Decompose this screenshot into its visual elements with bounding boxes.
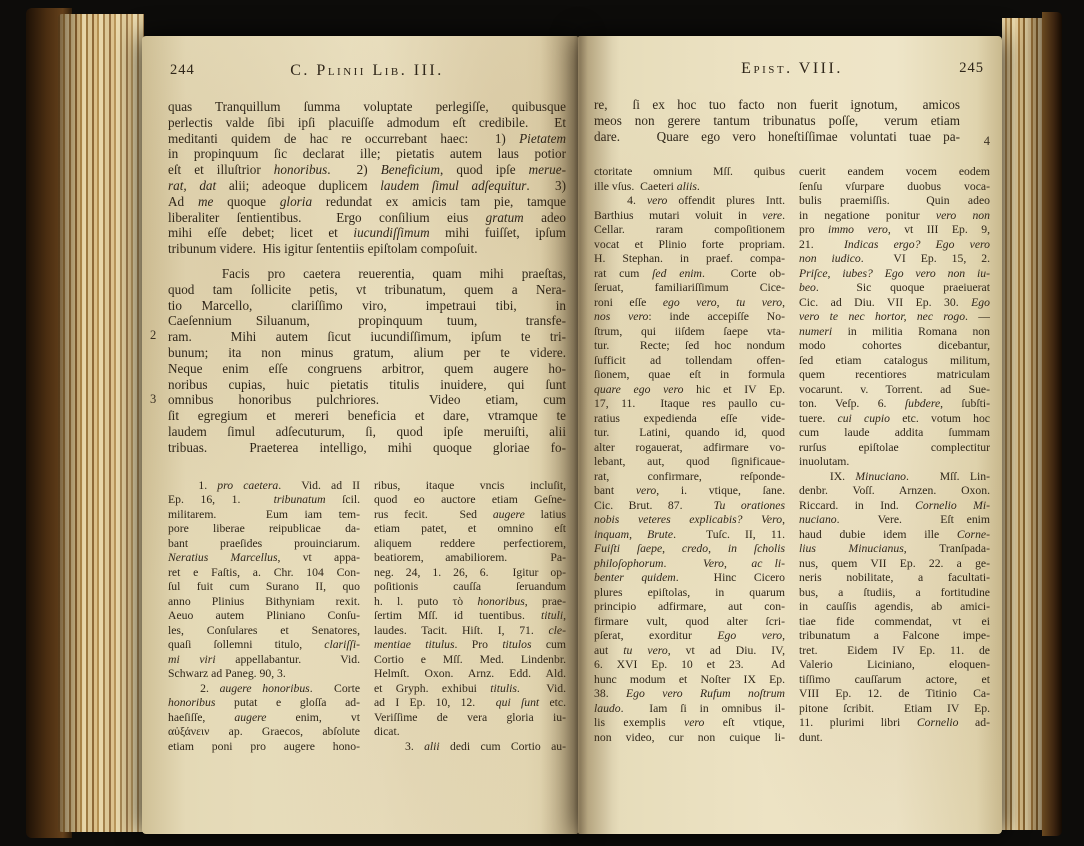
- text-line: vocat et Plinio forte propriam.: [594, 238, 785, 253]
- text-line: Veriſſime de vera gloria iu-: [374, 711, 566, 726]
- text-line: perlectis valde ſibi ipſi placuiſſe admo…: [168, 115, 566, 131]
- paragraph: re, ſi ex hoc tuo facto non fuerit ignot…: [594, 97, 960, 144]
- text-line: dicat.: [374, 725, 566, 740]
- text-line: ret e Faſtis, a. Chr. 104 Con-: [168, 566, 360, 581]
- text-line: tur. Recte; ſed hoc nondum: [594, 339, 785, 354]
- text-line: mihi eſſe debet; licet et iucundiſſimum …: [168, 225, 566, 241]
- text-line: quaſi ſollemni titulo, clariſſi-: [168, 638, 360, 653]
- text-line: quas Tranquillum ſumma voluptate perlegi…: [168, 99, 566, 115]
- text-line: rat cum ſed enim. Corte ob-: [594, 267, 785, 282]
- text-line: ctoritate omnium Mſſ. quibus: [594, 165, 785, 180]
- text-line: rat, dat alii; adeoque duplicem laudem ſ…: [168, 178, 566, 194]
- text-line: re, ſi ex hoc tuo facto non fuerit ignot…: [594, 97, 960, 113]
- text-line: IX. Minuciano. Mſſ. Lin-: [799, 470, 990, 485]
- text-line: Neratius Marcellus, vt appa-: [168, 551, 360, 566]
- text-line: bant vero, i. vtique, ſane.: [594, 484, 785, 499]
- text-line: lius Minucianus, Tranſpada-: [799, 542, 990, 557]
- text-line: ſul fuit cum Surano II, quo: [168, 580, 360, 595]
- paragraph: quas Tranquillum ſumma voluptate perlegi…: [168, 99, 566, 257]
- text-line: in propinquum ſic declarat ille; pietati…: [168, 146, 566, 162]
- text-line: Cortio e Mſſ. Med. Lindenbr.: [374, 653, 566, 668]
- text-line: neris nobilitate, a facultati-: [799, 571, 990, 586]
- footnote-column-2: ribus, itaque vncis incluſit,quod eo auc…: [374, 479, 566, 755]
- section-number-2: 2: [150, 328, 156, 343]
- text-line: αὐξάνειν ap. Graecos, abſolute: [168, 725, 360, 740]
- text-line: aliquem reddere perfectiorem,: [374, 537, 566, 552]
- text-line: tribunatum a Falcone impe-: [799, 629, 990, 644]
- paragraph: 4. vero offendit plures Intt.Barthius mu…: [594, 194, 785, 745]
- text-line: Helmſt. Oxon. Arnz. Edd. Ald.: [374, 667, 566, 682]
- text-line: 2. augere honoribus. Corte: [168, 682, 360, 697]
- text-line: tuere. cui cupio etc. votum hoc: [799, 412, 990, 427]
- text-line: Riccard. in Ind. Cornelio Mi-: [799, 499, 990, 514]
- text-line: les, Conſulares et Senatores,: [168, 624, 360, 639]
- text-line: rat, confirmare, reſponde-: [594, 470, 785, 485]
- paragraph: ribus, itaque vncis incluſit,quod eo auc…: [374, 479, 566, 740]
- text-line: ram. Mihi autem ſicut iucundiſſimum, ipſ…: [168, 329, 566, 345]
- text-line: Ep. 16, 1. tribunatum ſcil.: [168, 493, 360, 508]
- text-line: rurſus epiſtolae complectitur: [799, 441, 990, 456]
- text-line: ſit egregium et mereri beneficia et dare…: [168, 408, 566, 424]
- text-line: cuerit eandem vocem eodem: [799, 165, 990, 180]
- text-line: ſeruat, familiariſſimum Cice-: [594, 281, 785, 296]
- right-body-text: re, ſi ex hoc tuo facto non fuerit ignot…: [594, 97, 960, 144]
- text-line: Caeſennium Siluanum, propinquum tuum, tr…: [168, 313, 566, 329]
- text-line: in cauſſis agendis, ab amici-: [799, 600, 990, 615]
- text-line: bant praeſides prouinciarum.: [168, 537, 360, 552]
- text-line: mi viri appellabantur. Vid.: [168, 653, 360, 668]
- right-page-number: 245: [959, 60, 984, 77]
- text-line: inquam, Brute. Tuſc. II, 11.: [594, 528, 785, 543]
- text-line: hunc modum et Noſter IX Ep.: [594, 673, 785, 688]
- text-line: aut tu vero, vt ad Diu. IV,: [594, 644, 785, 659]
- text-line: roni eſſe ego vero, tu vero,: [594, 296, 785, 311]
- text-line: tio Marcello, clariſſimo viro, impetraui…: [168, 298, 566, 314]
- paragraph: cuerit eandem vocem eodemſenſu vſurpare …: [799, 165, 990, 470]
- text-line: 1. pro caetera. Vid. ad II: [168, 479, 360, 494]
- text-line: tribuas. Praeterea intelligo, mihi quoqu…: [168, 440, 566, 456]
- text-line: nus, quem VII Ep. 22. a ge-: [799, 557, 990, 572]
- text-line: rus fecit. Sed augere latius: [374, 508, 566, 523]
- book-cover-right: [1042, 12, 1062, 836]
- text-line: vocarunt. v. Torrent. ad Sue-: [799, 383, 990, 398]
- text-line: quem recentiores matriculam: [799, 368, 990, 383]
- text-line: pſerat, exorditur Ego vero,: [594, 629, 785, 644]
- text-line: militarem. Eum iam tem-: [168, 508, 360, 523]
- text-line: 17, 11. Itaque res paullo cu-: [594, 397, 785, 412]
- paragraph: ctoritate omnium Mſſ. quibusille vſus. C…: [594, 165, 785, 194]
- text-line: laudes. Tacit. Hiſt. I, 71. cle-: [374, 624, 566, 639]
- text-line: ſertim Mſſ. id tuentibus. tituli,: [374, 609, 566, 624]
- page-edges-left: [58, 14, 144, 832]
- text-line: in negatione ponitur vero non: [799, 209, 990, 224]
- left-body-text: quas Tranquillum ſumma voluptate perlegi…: [168, 99, 566, 456]
- text-line: dunt.: [799, 731, 990, 746]
- left-page: 244 C. Plinii Lib. III. quas Tranquillum…: [142, 36, 578, 834]
- text-line: ſed etiam catalogus militum,: [799, 354, 990, 369]
- text-line: lebant, aut, quod ſignificaue-: [594, 455, 785, 470]
- text-line: ille vſus. Caeteri aliis.: [594, 180, 785, 195]
- text-line: poſitionis cauſſa ſeruandum: [374, 580, 566, 595]
- text-line: bunum; ita non minus gratum, alium per t…: [168, 345, 566, 361]
- text-line: meos non gerere tantum tribunatus poſſe,…: [594, 113, 960, 129]
- text-line: ſionem, quae eſt in formula: [594, 368, 785, 383]
- text-line: ſenſu vſurpare duobus voca-: [799, 180, 990, 195]
- text-line: ad I Ep. 10, 12. qui ſunt etc.: [374, 696, 566, 711]
- right-page-header: Epist. VIII. 245: [594, 60, 990, 80]
- text-line: firmare vult, quod alter ſcri-: [594, 615, 785, 630]
- text-line: Cic. ad Diu. VII Ep. 30. Ego: [799, 296, 990, 311]
- text-line: et Gryph. exhibui titulis. Vid.: [374, 682, 566, 697]
- text-line: nuciano. Vere. Eſt enim: [799, 513, 990, 528]
- text-line: H. Stephan. in praef. compa-: [594, 252, 785, 267]
- text-line: anno Plinius Bithyniam rexit.: [168, 595, 360, 610]
- text-line: non video, cur non cuique li-: [594, 731, 785, 746]
- text-line: cum laude addita ſummam: [799, 426, 990, 441]
- paragraph: 2. augere honoribus. Cortehonoribus puta…: [168, 682, 360, 755]
- text-line: pore liberae reipublicae da-: [168, 522, 360, 537]
- text-line: pro immo vero, vt III Ep. 9,: [799, 223, 990, 238]
- text-line: eſt et illuſtrior honoribus. 2) Benefici…: [168, 162, 566, 178]
- text-line: 11. plurimi libri Cornelio ad-: [799, 716, 990, 731]
- left-footnotes: 1. pro caetera. Vid. ad IIEp. 16, 1. tri…: [168, 479, 566, 755]
- text-line: laudo. Iam ſi in omnibus il-: [594, 702, 785, 717]
- text-line: Barthius mutari voluit in vere.: [594, 209, 785, 224]
- text-line: benter quidem. Hinc Cicero: [594, 571, 785, 586]
- text-line: ſtrum, qui iiſdem ſaepe vta-: [594, 325, 785, 340]
- text-line: tiae fide commendat, vt ei: [799, 615, 990, 630]
- text-line: Fuiſti ſaepe, credo, in ſcholis: [594, 542, 785, 557]
- text-line: etiam poni pro augere hono-: [168, 740, 360, 755]
- text-line: bus, a ſtudiis, a fortitudine: [799, 586, 990, 601]
- text-line: 3. alii dedi cum Cortio au-: [374, 740, 566, 755]
- text-line: neg. 24, 1. 26, 6. Igitur op-: [374, 566, 566, 581]
- paragraph: IX. Minuciano. Mſſ. Lin-denbr. Voſſ. Arn…: [799, 470, 990, 746]
- text-line: tur. Latini, quando id, quod: [594, 426, 785, 441]
- text-line: h. l. puto τὸ honoribus, prae-: [374, 595, 566, 610]
- text-line: lis exemplis vero eſt vtique,: [594, 716, 785, 731]
- text-line: alter rogauerat, adfirmare vo-: [594, 441, 785, 456]
- text-line: nos vero: inde accepiſſe No-: [594, 310, 785, 325]
- right-page: Epist. VIII. 245 re, ſi ex hoc tuo facto…: [578, 36, 1002, 834]
- paragraph: Facis pro caetera reuerentia, quam mihi …: [168, 266, 566, 456]
- text-line: tribunum videre. His igitur ſententiis e…: [168, 241, 566, 257]
- text-line: noribus cupias, huic pietatis titulis in…: [168, 377, 566, 393]
- text-line: plures epiſtolas, in quarum: [594, 586, 785, 601]
- section-number-4: 4: [984, 134, 990, 149]
- text-line: non iudico. VI Ep. 15, 2.: [799, 252, 990, 267]
- text-line: haeſiſſe, augere enim, vt: [168, 711, 360, 726]
- text-line: philoſophorum. Vero, ac li-: [594, 557, 785, 572]
- text-line: Valerio Liciniano, eloquen-: [799, 658, 990, 673]
- text-line: Cic. Brut. 87. Tu orationes: [594, 499, 785, 514]
- text-line: Facis pro caetera reuerentia, quam mihi …: [168, 266, 566, 282]
- commentary-column-1: ctoritate omnium Mſſ. quibusille vſus. C…: [594, 165, 785, 745]
- text-line: Ad me quoque gloria redundat ex amicis t…: [168, 194, 566, 210]
- text-line: tret. Eidem IV Ep. 11. de: [799, 644, 990, 659]
- text-line: ſufficit ad tollendam offen-: [594, 354, 785, 369]
- text-line: pitone ſcribit. Etiam IV Ep.: [799, 702, 990, 717]
- footnote-column-1: 1. pro caetera. Vid. ad IIEp. 16, 1. tri…: [168, 479, 360, 755]
- commentary-column-2: cuerit eandem vocem eodemſenſu vſurpare …: [799, 165, 990, 745]
- text-line: 21. Indicas ergo? Ego vero: [799, 238, 990, 253]
- right-running-title: Epist. VIII.: [594, 60, 990, 78]
- text-line: meditanti quidem de hac re occurrebant h…: [168, 131, 566, 147]
- text-line: laudem ſimul adſecuturum, ſi, quod ipſe …: [168, 424, 566, 440]
- text-line: omnibus honoribus pulchriores. Video eti…: [168, 392, 566, 408]
- text-line: honoribus putat e gloſſa ad-: [168, 696, 360, 711]
- book-photo: 244 C. Plinii Lib. III. quas Tranquillum…: [0, 0, 1084, 846]
- text-line: Priſce, iubes? Ego vero non iu-: [799, 267, 990, 282]
- text-line: Schwarz ad Paneg. 90, 3.: [168, 667, 360, 682]
- text-line: ton. Veſp. 6. ſubdere, ſubſti-: [799, 397, 990, 412]
- text-line: etiam patet, et omnino eſt: [374, 522, 566, 537]
- text-line: dare. Quare ego vero honeſtiſſimae volun…: [594, 129, 960, 145]
- text-line: VIII Ep. 12. de Titinio Ca-: [799, 687, 990, 702]
- text-line: bulis praemiſſis. Quin adeo: [799, 194, 990, 209]
- paragraph: 3. alii dedi cum Cortio au-: [374, 740, 566, 755]
- text-line: quare ego vero hic et IV Ep.: [594, 383, 785, 398]
- text-line: vero te nec hortor, nec rogo. —: [799, 310, 990, 325]
- text-line: ratius expedienda eſſe vide-: [594, 412, 785, 427]
- text-line: Cellar. raram compoſitionem: [594, 223, 785, 238]
- text-line: tiſſimo cauſſarum actore, et: [799, 673, 990, 688]
- text-line: principio adfirmare, aut con-: [594, 600, 785, 615]
- text-line: numeri in militia Romana non: [799, 325, 990, 340]
- text-line: nobis veteres explicabis? Vero,: [594, 513, 785, 528]
- left-page-header: 244 C. Plinii Lib. III.: [168, 62, 566, 82]
- text-line: denbr. Voſſ. Arnzen. Oxon.: [799, 484, 990, 499]
- text-line: ribus, itaque vncis incluſit,: [374, 479, 566, 494]
- text-line: haud dubie idem ille Corne-: [799, 528, 990, 543]
- text-line: Neque enim eſſe congruens arbitror, quem…: [168, 361, 566, 377]
- text-line: modo cohortes dicebantur,: [799, 339, 990, 354]
- text-line: Aeuo autem Pliniano Conſu-: [168, 609, 360, 624]
- section-number-3: 3: [150, 392, 156, 407]
- page-edges-right: [1002, 18, 1046, 830]
- text-line: beo. Sic quoque praeiuerat: [799, 281, 990, 296]
- text-line: quod eo auctore etiam Geſne-: [374, 493, 566, 508]
- text-line: beatiorem, amabiliorem. Pa-: [374, 551, 566, 566]
- text-line: 38. Ego vero Rufum noſtrum: [594, 687, 785, 702]
- text-line: 6. XVI Ep. 10 et 23. Ad: [594, 658, 785, 673]
- left-running-title: C. Plinii Lib. III.: [168, 62, 566, 80]
- text-line: mentiae titulus. Pro titulos cum: [374, 638, 566, 653]
- text-line: liberaliter ſentientibus. Ergo conſilium…: [168, 210, 566, 226]
- text-line: inuolutam.: [799, 455, 990, 470]
- text-line: quod tam ſollicite petis, vt tribunatum,…: [168, 282, 566, 298]
- text-line: 4. vero offendit plures Intt.: [594, 194, 785, 209]
- right-commentary: ctoritate omnium Mſſ. quibusille vſus. C…: [594, 165, 990, 745]
- paragraph: 1. pro caetera. Vid. ad IIEp. 16, 1. tri…: [168, 479, 360, 682]
